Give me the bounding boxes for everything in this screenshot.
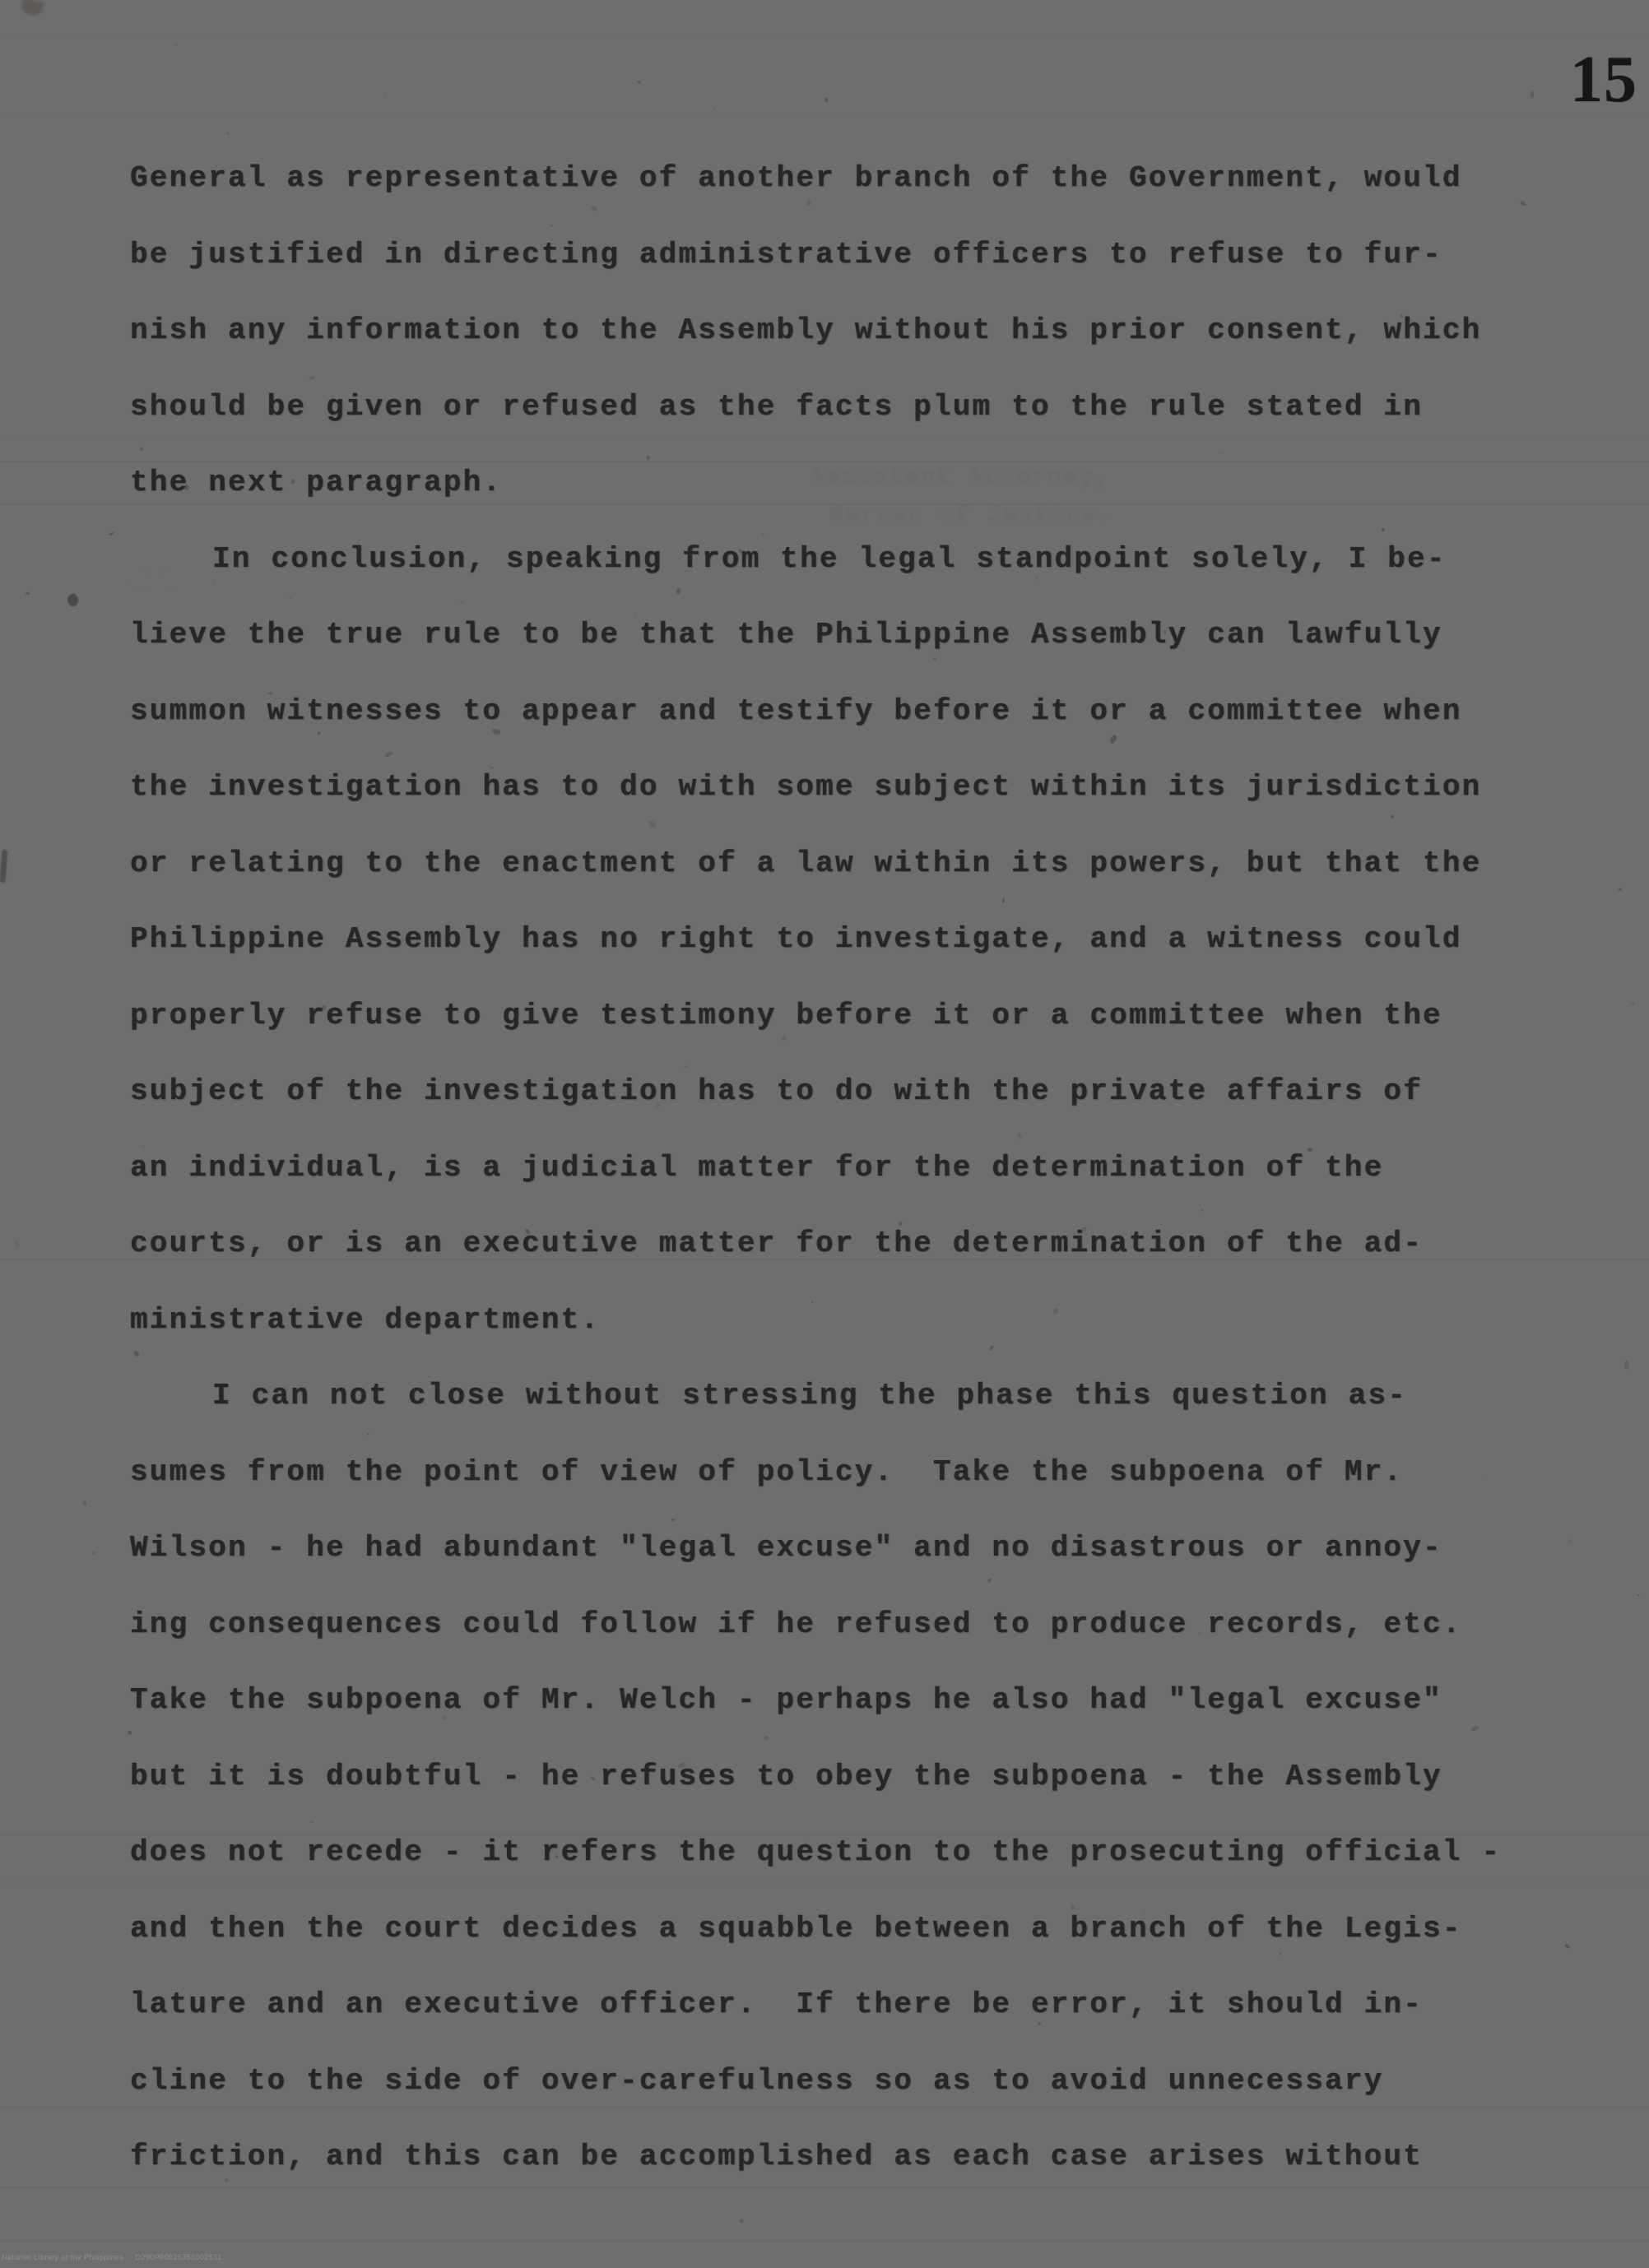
paper-speck xyxy=(1381,527,1387,532)
text-line: lature and an executive officer. If ther… xyxy=(130,1987,1423,2021)
ghost-text: Bureau of Justice, xyxy=(829,503,1114,528)
text-line: Wilson - he had abundant "legal excuse" … xyxy=(130,1531,1442,1565)
paper-speck xyxy=(684,1065,687,1068)
paper-speck xyxy=(1017,1132,1023,1139)
paper-speck xyxy=(174,44,177,46)
text-line: friction, and this can be accomplished a… xyxy=(130,2140,1423,2173)
paper-speck xyxy=(310,1820,314,1823)
paper-speck xyxy=(764,1735,768,1740)
paper-speck xyxy=(133,1350,141,1357)
text-line: does not recede - it refers the question… xyxy=(130,1835,1501,1869)
text-line: Take the subpoena of Mr. Welch - perhaps… xyxy=(130,1683,1442,1717)
text-line: Philippine Assembly has no right to inve… xyxy=(130,922,1462,956)
paper-speck xyxy=(634,613,637,616)
paper-speck xyxy=(213,582,216,585)
text-line: the investigation has to do with some su… xyxy=(130,770,1481,804)
text-line: subject of the investigation has to do w… xyxy=(130,1074,1423,1108)
text-line: cline to the side of over-carefulness so… xyxy=(130,2064,1383,2098)
paper-speck xyxy=(224,2178,229,2184)
paper-speck xyxy=(987,1577,992,1583)
paper-speck xyxy=(780,1035,786,1041)
paper-speck xyxy=(739,2219,743,2223)
paper-speck xyxy=(807,200,811,206)
text-line: nish any information to the Assembly wit… xyxy=(130,313,1481,347)
paper-speck xyxy=(590,205,598,211)
paper-speck xyxy=(636,80,641,84)
paper-speck xyxy=(1036,577,1038,580)
text-line: or relating to the enactment of a law wi… xyxy=(130,846,1481,880)
paper-speck xyxy=(289,596,292,598)
scan-line-artifact xyxy=(0,1881,1649,1883)
paper-speck xyxy=(989,1345,994,1352)
paper-speck xyxy=(1631,1002,1634,1004)
text-line: courts, or is an executive matter for th… xyxy=(130,1227,1423,1260)
text-line: sumes from the point of view of policy. … xyxy=(130,1455,1403,1489)
text-line: ing consequences could follow if he refu… xyxy=(130,1607,1462,1641)
scan-line-artifact xyxy=(0,2240,1649,2242)
text-line: be justified in directing administrative… xyxy=(130,238,1442,271)
paper-speck xyxy=(932,658,936,661)
paper-speck xyxy=(1531,90,1535,98)
ink-blot xyxy=(65,592,80,608)
paper-speck xyxy=(384,750,393,758)
scan-line-artifact xyxy=(0,2106,1649,2108)
paper-speck xyxy=(141,1146,144,1149)
paper-speck xyxy=(1038,2022,1042,2026)
paper-speck xyxy=(1108,734,1117,744)
paper-speck xyxy=(1520,200,1526,206)
page-number: 15 xyxy=(1570,43,1637,118)
paper-speck xyxy=(491,728,501,735)
edge-mark xyxy=(0,850,7,883)
text-line: and then the court decides a squabble be… xyxy=(130,1912,1462,1946)
paper-speck xyxy=(1470,1725,1479,1732)
paper-speck xyxy=(713,107,715,109)
paper-speck xyxy=(460,600,464,604)
text-line: In conclusion, speaking from the legal s… xyxy=(212,542,1447,576)
paper-speck xyxy=(1201,1209,1203,1212)
paper-speck xyxy=(127,1730,132,1736)
text-line: but it is doubtful - he refuses to obey … xyxy=(130,1760,1442,1793)
paper-speck xyxy=(761,533,764,536)
paper-speck xyxy=(81,1500,86,1506)
scan-line-artifact xyxy=(0,2187,1649,2188)
document-page: 15 Assistant Attorney, Bureau of Justice… xyxy=(0,0,1649,2268)
paper-speck xyxy=(1001,898,1005,903)
scan-line-artifact xyxy=(0,503,1649,505)
scan-smudge xyxy=(20,0,44,17)
text-line: summon witnesses to appear and testify b… xyxy=(130,694,1462,728)
ghost-text: Assistant Attorney, xyxy=(811,466,1111,490)
paper-speck xyxy=(14,1241,21,1249)
paper-speck xyxy=(824,97,829,103)
paper-speck xyxy=(676,587,681,596)
paper-speck xyxy=(139,447,144,452)
paper-speck xyxy=(811,1301,813,1303)
paper-speck xyxy=(92,1551,96,1555)
paper-speck xyxy=(367,1433,370,1436)
paper-speck xyxy=(1568,1538,1572,1543)
ghost-text: GAM xyxy=(130,566,182,594)
paper-speck xyxy=(1623,1361,1628,1370)
scan-line-artifact xyxy=(0,37,1649,39)
paper-speck xyxy=(1618,888,1621,891)
scan-footer-label: National Library of the Philippines D290… xyxy=(2,2253,222,2261)
paper-speck xyxy=(550,225,553,227)
paper-speck xyxy=(1485,1477,1488,1479)
paper-speck xyxy=(109,531,114,536)
text-line: the next paragraph. xyxy=(130,466,502,499)
paper-speck xyxy=(1280,1952,1282,1956)
scan-line-artifact xyxy=(0,115,1649,117)
paper-speck xyxy=(225,131,230,135)
paper-speck xyxy=(309,375,315,380)
paper-speck xyxy=(317,732,321,735)
text-line: I can not close without stressing the ph… xyxy=(212,1379,1407,1412)
paper-speck xyxy=(671,1519,674,1521)
paper-speck xyxy=(1391,815,1395,819)
paper-speck xyxy=(648,819,657,829)
paper-speck xyxy=(1218,452,1222,454)
paper-speck xyxy=(1053,1308,1058,1315)
paper-speck xyxy=(384,95,387,98)
paper-speck xyxy=(1070,1904,1075,1909)
paper-speck xyxy=(1564,1943,1571,1949)
text-line: General as representative of another bra… xyxy=(130,161,1462,195)
paper-speck xyxy=(647,454,651,460)
text-line: ministrative department. xyxy=(130,1303,600,1337)
scan-line-artifact xyxy=(0,461,1649,462)
paper-speck xyxy=(1637,1594,1640,1597)
paper-speck xyxy=(25,591,30,596)
text-line: should be given or refused as the facts … xyxy=(130,390,1423,424)
text-line: lieve the true rule to be that the Phili… xyxy=(130,618,1442,652)
text-line: an individual, is a judicial matter for … xyxy=(130,1151,1383,1185)
scan-line-artifact xyxy=(0,438,1649,439)
text-line: properly refuse to give testimony before… xyxy=(130,999,1442,1032)
